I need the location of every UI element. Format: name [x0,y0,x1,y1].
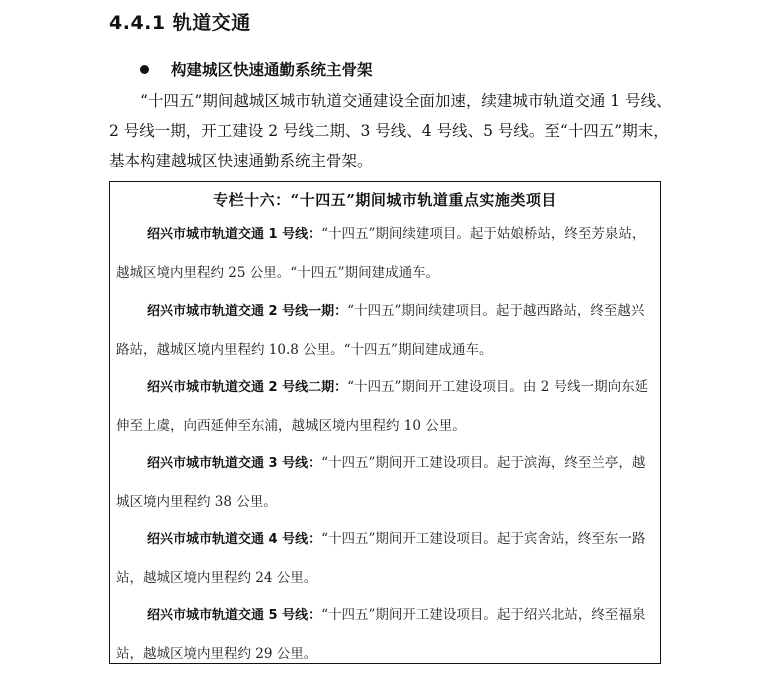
project-item-line5: 绍兴市城市轨道交通 5 号线：“十四五”期间开工建设项目。起于绍兴北站，终至福泉… [116,596,656,674]
item-desc-cont: 伸至上虞，向西延伸至东浦，越城区境内里程约 10 公里。 [116,407,656,446]
item-desc: “十四五”期间开工建设项目。由 2 号线一期向东延 [347,379,648,395]
project-item-line2-phase2: 绍兴市城市轨道交通 2 号线二期：“十四五”期间开工建设项目。由 2 号线一期向… [116,368,656,446]
item-desc: “十四五”期间开工建设项目。起于宾舍站，终至东一路 [321,531,645,547]
bullet-heading-text: 构建城区快速通勤系统主骨架 [171,58,373,80]
item-desc-cont: 路站，越城区境内里程约 10.8 公里。“十四五”期间建成通车。 [116,331,656,370]
bullet-icon [140,65,149,74]
item-label: 绍兴市城市轨道交通 1 号线： [147,227,321,242]
project-item-line1: 绍兴市城市轨道交通 1 号线：“十四五”期间续建项目。起于姑娘桥站，终至芳泉站，… [116,215,656,293]
project-box: 专栏十六：“十四五”期间城市轨道重点实施类项目 绍兴市城市轨道交通 1 号线：“… [109,181,661,664]
paragraph-line: 基本构建越城区快速通勤系统主骨架。 [109,146,669,176]
project-item-line2-phase1: 绍兴市城市轨道交通 2 号线一期：“十四五”期间续建项目。起于越西路站，终至越兴… [116,292,656,370]
item-desc-cont: 站，越城区境内里程约 24 公里。 [116,559,656,598]
item-desc: “十四五”期间续建项目。起于越西路站，终至越兴 [347,303,644,319]
section-heading: 4.4.1 轨道交通 [109,8,251,35]
project-item-line3: 绍兴市城市轨道交通 3 号线：“十四五”期间开工建设项目。起于滨海，终至兰亭，越… [116,444,656,522]
item-label: 绍兴市城市轨道交通 4 号线： [147,532,321,547]
item-desc: “十四五”期间开工建设项目。起于绍兴北站，终至福泉 [321,607,645,623]
intro-paragraph: “十四五”期间越城区城市轨道交通建设全面加速，续建城市轨道交通 1 号线、 2 … [109,86,669,176]
box-title: 专栏十六：“十四五”期间城市轨道重点实施类项目 [110,189,660,210]
item-desc: “十四五”期间续建项目。起于姑娘桥站，终至芳泉站， [321,226,645,242]
paragraph-line: “十四五”期间越城区城市轨道交通建设全面加速，续建城市轨道交通 1 号线、 [109,86,669,116]
item-label: 绍兴市城市轨道交通 5 号线： [147,608,321,623]
item-desc-cont: 城区境内里程约 38 公里。 [116,483,656,522]
item-desc: “十四五”期间开工建设项目。起于滨海，终至兰亭，越 [321,455,645,471]
bullet-heading: 构建城区快速通勤系统主骨架 [140,58,373,80]
item-desc-cont: 站，越城区境内里程约 29 公里。 [116,635,656,674]
item-desc-cont: 越城区境内里程约 25 公里。“十四五”期间建成通车。 [116,254,656,293]
item-label: 绍兴市城市轨道交通 2 号线二期： [147,380,347,395]
paragraph-line: 2 号线一期，开工建设 2 号线二期、3 号线、4 号线、5 号线。至“十四五”… [109,116,669,146]
item-label: 绍兴市城市轨道交通 2 号线一期： [147,304,347,319]
project-item-line4: 绍兴市城市轨道交通 4 号线：“十四五”期间开工建设项目。起于宾舍站，终至东一路… [116,520,656,598]
item-label: 绍兴市城市轨道交通 3 号线： [147,456,321,471]
